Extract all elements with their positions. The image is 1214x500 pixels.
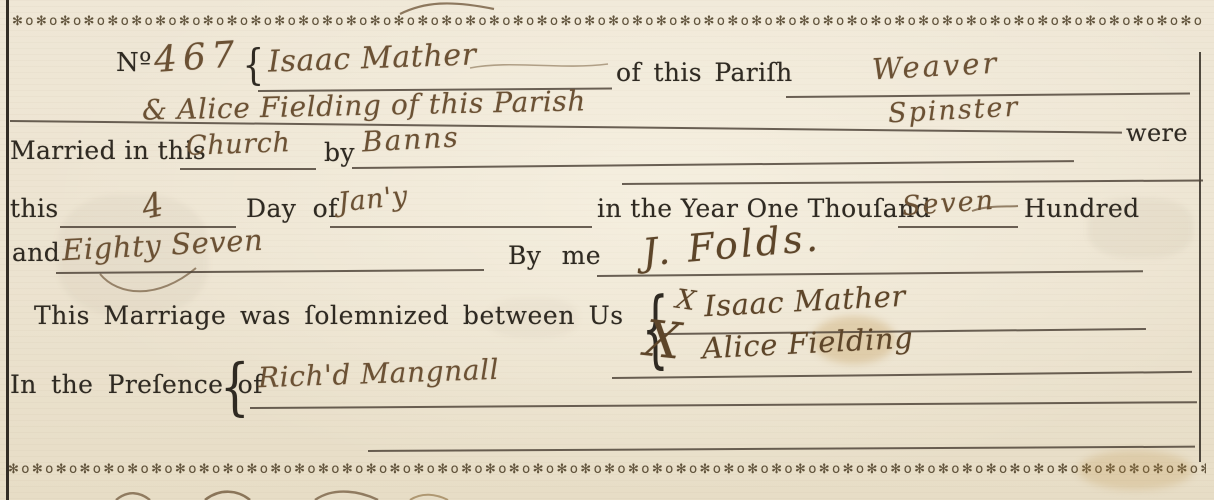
year-tens-value: Eighty Seven	[61, 226, 264, 266]
rule-bride-signature	[612, 371, 1192, 379]
rule-row-divider	[622, 179, 1203, 185]
married-by: Banns	[361, 123, 460, 156]
left-page-border	[6, 0, 9, 500]
by-label: by	[324, 140, 355, 165]
year-label: in the Year One Thouſand	[597, 196, 931, 221]
ink-flourish	[972, 203, 1020, 213]
rule-year-hundreds	[898, 226, 1018, 228]
hundred-label: Hundred	[1024, 196, 1140, 221]
married-place: Church	[186, 129, 291, 160]
entry-number-value: 467	[153, 37, 242, 79]
groom-occupation: Weaver	[871, 49, 1000, 85]
witness-brace: {	[220, 356, 250, 418]
day-of-label: Day of	[246, 196, 338, 221]
bottom-ornament-border: ✻o✻o✻o✻o✻o✻o✻o✻o✻o✻o✻o✻o✻o✻o✻o✻o✻o✻o✻o✻o…	[8, 463, 1206, 485]
groom-signature: Isaac Mather	[703, 282, 906, 322]
bride-condition: Spinster	[887, 94, 1020, 128]
rule-month	[330, 226, 592, 228]
of-this-parish-label: of this Pariſh	[616, 60, 793, 85]
ink-flourish	[110, 486, 450, 500]
and-label: and	[12, 240, 60, 265]
rule-married-place	[180, 168, 316, 170]
register-page: ✻o✻o✻o✻o✻o✻o✻o✻o✻o✻o✻o✻o✻o✻o✻o✻o✻o✻o✻o✻o…	[0, 0, 1214, 500]
entry-number-label: Nº	[116, 50, 152, 76]
this-label: this	[10, 196, 59, 221]
rule-witness1	[250, 401, 1197, 409]
rule-witness2	[368, 446, 1195, 452]
month-value: Jan'y	[337, 182, 409, 216]
ink-flourish	[470, 58, 610, 72]
officiant-signature: J. Folds.	[641, 218, 822, 271]
solemnized-label: This Marriage was ſolemnized between Us	[34, 303, 624, 328]
ink-flourish	[398, 0, 498, 16]
by-me-label: By me	[508, 243, 601, 268]
married-in-label: Married in this	[10, 138, 206, 163]
bride-mark: X	[642, 313, 683, 367]
witness1-signature: Rich'd Mangnall	[258, 356, 500, 392]
were-label: were	[1126, 121, 1188, 145]
ink-stain	[1078, 450, 1193, 490]
groom-mark: X	[674, 286, 697, 315]
bride-line: & Alice Fielding of this Parish	[142, 87, 587, 124]
entry-brace: {	[243, 44, 264, 86]
rule-married-by	[352, 160, 1074, 169]
groom-name: Isaac Mather	[268, 40, 478, 77]
right-page-border	[1199, 52, 1201, 462]
top-ornament-border: ✻o✻o✻o✻o✻o✻o✻o✻o✻o✻o✻o✻o✻o✻o✻o✻o✻o✻o✻o✻o…	[12, 15, 1202, 37]
